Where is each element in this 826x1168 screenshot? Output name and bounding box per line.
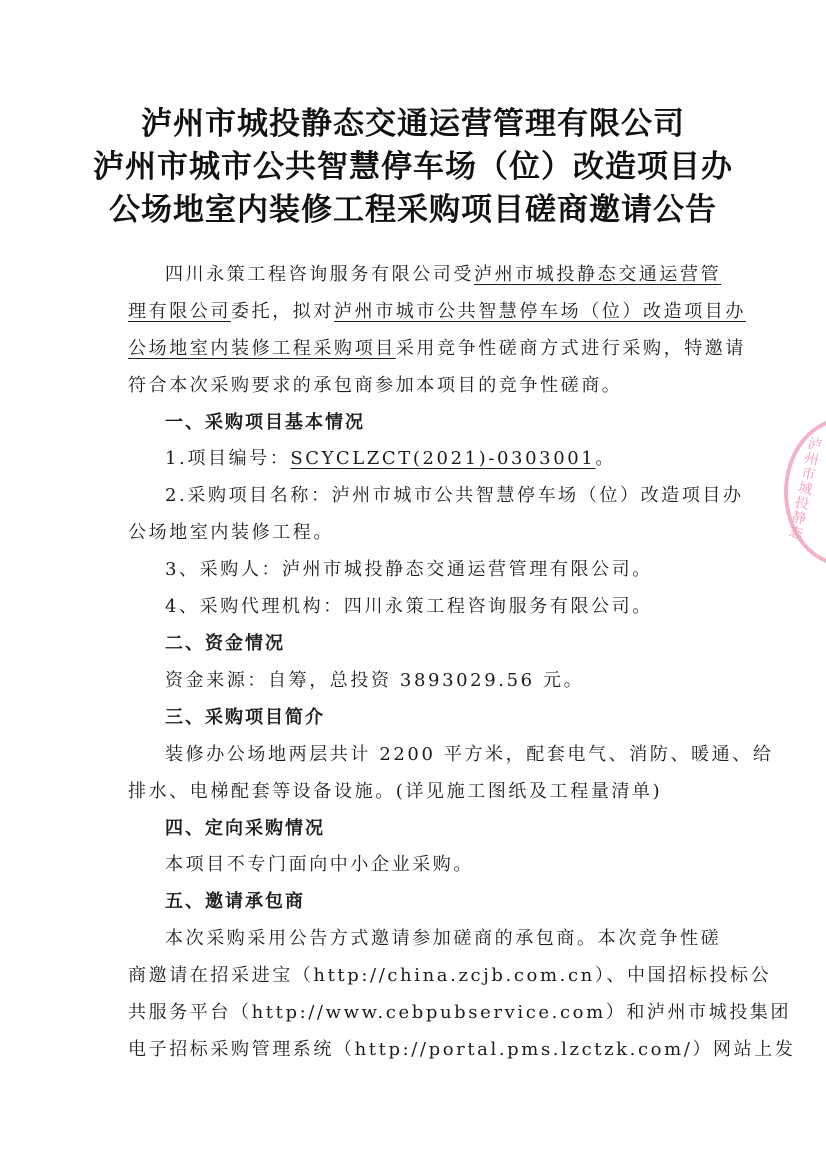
project-number-value: SCYCLZCT(2021)-0303001 (290, 448, 595, 469)
funding-source: 资金来源：自筹，总投资 3893029.56 元。 (165, 668, 745, 694)
project-summary-line-1: 装修办公场地两层共计 2200 平方米，配套电气、消防、暖通、给 (165, 742, 745, 768)
section-2-heading: 二、资金情况 (165, 631, 745, 657)
invitation-line-4: 电子招标采购管理系统（http://portal.pms.lzctzk.com/… (128, 1037, 708, 1063)
project-name-underlined: 泸州市城市公共智慧停车场（位）改造项目办 (334, 301, 746, 322)
title-line-3: 公场地室内装修工程采购项目磋商邀请公告 (0, 188, 826, 232)
invitation-line-1: 本次采购采用公告方式邀请参加磋商的承包商。本次竞争性磋 (165, 926, 745, 952)
project-summary-line-2: 排水、电梯配套等设备设施。(详见施工图纸及工程量清单) (128, 779, 708, 805)
purchaser: 3、采购人：泸州市城投静态交通运营管理有限公司。 (165, 557, 745, 583)
purchaser-name-underlined-cont: 理有限公司 (128, 301, 231, 322)
project-number: 1.项目编号：SCYCLZCT(2021)-0303001。 (165, 446, 745, 472)
project-name-underlined-cont: 公场地室内装修工程采购项目 (128, 338, 396, 359)
intro-line-3: 公场地室内装修工程采购项目采用竞争性磋商方式进行采购，特邀请 (128, 336, 708, 362)
section-1-heading: 一、采购项目基本情况 (165, 410, 745, 436)
section-4-heading: 四、定向采购情况 (165, 816, 745, 842)
intro-text: 委托，拟对 (231, 301, 334, 322)
invitation-line-3: 共服务平台（http://www.cebpubservice.com）和泸州市城… (128, 1000, 708, 1026)
section-3-heading: 三、采购项目简介 (165, 705, 745, 731)
title-line-2: 泸州市城市公共智慧停车场（位）改造项目办 (0, 145, 826, 189)
project-name-line-2: 公场地室内装修工程。 (128, 520, 708, 546)
intro-line-1: 四川永策工程咨询服务有限公司受泸州市城投静态交通运营管 (165, 262, 745, 288)
procurement-agent: 4、采购代理机构：四川永策工程咨询服务有限公司。 (165, 594, 745, 620)
purchaser-name-underlined: 泸州市城投静态交通运营管 (474, 264, 721, 285)
targeted-procurement-text: 本项目不专门面向中小企业采购。 (165, 852, 745, 878)
project-name-line-1: 2.采购项目名称：泸州市城市公共智慧停车场（位）改造项目办 (165, 483, 745, 509)
agent-name: 四川永策工程咨询服务有限公司受 (165, 264, 474, 285)
title-line-1: 泸州市城投静态交通运营管理有限公司 (0, 102, 826, 146)
punctuation: 。 (595, 448, 616, 469)
invitation-line-2: 商邀请在招采进宝（http://china.zcjb.com.cn）、中国招标投… (128, 963, 708, 989)
section-5-heading: 五、邀请承包商 (165, 889, 745, 915)
project-number-label: 1.项目编号： (165, 448, 290, 469)
intro-line-2: 理有限公司委托，拟对泸州市城市公共智慧停车场（位）改造项目办 (128, 299, 708, 325)
intro-line-4: 符合本次采购要求的承包商参加本项目的竞争性磋商。 (128, 373, 708, 399)
intro-text: 采用竞争性磋商方式进行采购，特邀请 (396, 338, 746, 359)
